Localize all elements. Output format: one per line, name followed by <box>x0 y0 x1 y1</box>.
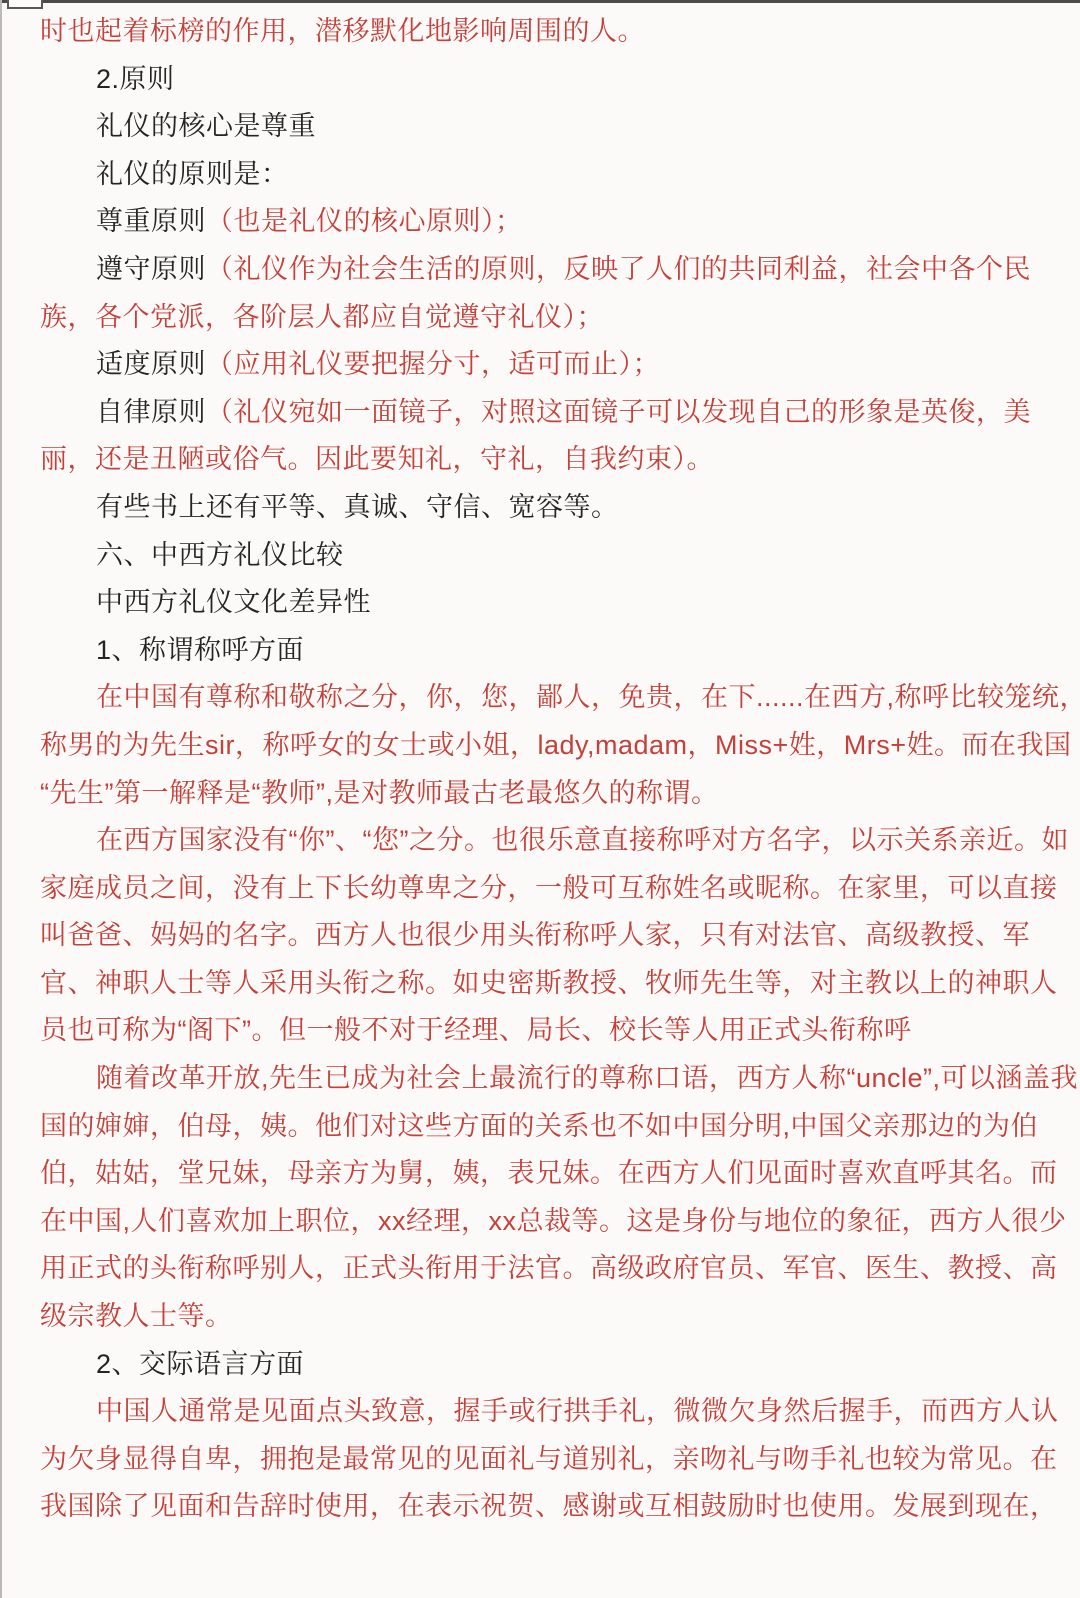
text-segment-red: 员也可称为“阁下”。但一般不对于经理、局长、校长等人用正式头衔称呼 <box>40 1015 911 1045</box>
text-segment-black: 2、交际语言方面 <box>96 1349 304 1379</box>
text-line: “先生”第一解释是“教师”,是对教师最古老最悠久的称谓。 <box>40 770 1050 818</box>
document-page: 时也起着标榜的作用，潜移默化地影响周围的人。2.原则礼仪的核心是尊重礼仪的原则是… <box>0 0 1080 1598</box>
text-segment-black: 礼仪的原则是： <box>96 159 289 189</box>
text-line: 1、称谓称呼方面 <box>40 627 1050 675</box>
text-segment-red: （也是礼仪的核心原则）； <box>206 206 523 236</box>
text-segment-red: 我国除了见面和告辞时使用，在表示祝贺、感谢或互相鼓励时也使用。发展到现在， <box>40 1491 1058 1521</box>
text-segment-red: 丽，还是丑陋或俗气。因此要知礼，守礼，自我约束）。 <box>40 444 714 474</box>
text-line: 中西方礼仪文化差异性 <box>40 579 1050 627</box>
text-line: 级宗教人士等。 <box>40 1293 1050 1341</box>
text-line: 2.原则 <box>40 56 1050 104</box>
text-line: 在中国,人们喜欢加上职位，xx经理，xx总裁等。这是身份与地位的象征，西方人很少 <box>40 1198 1050 1246</box>
text-line: 丽，还是丑陋或俗气。因此要知礼，守礼，自我约束）。 <box>40 436 1050 484</box>
text-segment-black: 尊重原则 <box>96 206 206 236</box>
text-segment-red: 时也起着标榜的作用，潜移默化地影响周围的人。 <box>40 16 645 46</box>
text-segment-black: 2.原则 <box>96 64 175 94</box>
text-segment-red: （礼仪作为社会生活的原则，反映了人们的共同利益，社会中各个民 <box>206 254 1031 284</box>
document-text: 时也起着标榜的作用，潜移默化地影响周围的人。2.原则礼仪的核心是尊重礼仪的原则是… <box>40 8 1050 1531</box>
text-line: 礼仪的原则是： <box>40 151 1050 199</box>
cropped-content-edge <box>0 0 1080 3</box>
text-segment-black: 中西方礼仪文化差异性 <box>96 587 371 617</box>
text-segment-black: 遵守原则 <box>96 254 206 284</box>
text-line: 为欠身显得自卑，拥抱是最常见的见面礼与道别礼，亲吻礼与吻手礼也较为常见。在 <box>40 1436 1050 1484</box>
text-segment-red: 随着改革开放,先生已成为社会上最流行的尊称口语，西方人称“uncle”,可以涵盖… <box>96 1063 1078 1093</box>
text-line: 随着改革开放,先生已成为社会上最流行的尊称口语，西方人称“uncle”,可以涵盖… <box>40 1055 1050 1103</box>
text-segment-red: 用正式的头衔称呼别人，正式头衔用于法官。高级政府官员、军官、医生、教授、高 <box>40 1253 1058 1283</box>
text-line: 在西方国家没有“你”、“您”之分。也很乐意直接称呼对方名字，以示关系亲近。如 <box>40 817 1050 865</box>
text-line: 用正式的头衔称呼别人，正式头衔用于法官。高级政府官员、军官、医生、教授、高 <box>40 1245 1050 1293</box>
text-line: 六、中西方礼仪比较 <box>40 532 1050 580</box>
text-segment-red: 为欠身显得自卑，拥抱是最常见的见面礼与道别礼，亲吻礼与吻手礼也较为常见。在 <box>40 1444 1058 1474</box>
text-segment-red: 在中国有尊称和敬称之分，你，您，鄙人，免贵，在下......在西方,称呼比较笼统… <box>96 682 1080 712</box>
text-line: 家庭成员之间，没有上下长幼尊卑之分，一般可互称姓名或昵称。在家里，可以直接 <box>40 865 1050 913</box>
text-segment-red: 叫爸爸、妈妈的名字。西方人也很少用头衔称呼人家，只有对法官、高级教授、军 <box>40 920 1030 950</box>
page-left-border <box>0 0 2 1598</box>
text-segment-black: 1、称谓称呼方面 <box>96 635 304 665</box>
text-segment-black: 自律原则 <box>96 397 206 427</box>
text-segment-red: 在中国,人们喜欢加上职位，xx经理，xx总裁等。这是身份与地位的象征，西方人很少 <box>40 1206 1067 1236</box>
text-segment-red: 伯，姑姑，堂兄妹，母亲方为舅，姨，表兄妹。在西方人们见面时喜欢直呼其名。而 <box>40 1158 1058 1188</box>
text-segment-black: 六、中西方礼仪比较 <box>96 540 344 570</box>
text-segment-red: 在西方国家没有“你”、“您”之分。也很乐意直接称呼对方名字，以示关系亲近。如 <box>96 825 1069 855</box>
text-line: 2、交际语言方面 <box>40 1341 1050 1389</box>
text-line: 在中国有尊称和敬称之分，你，您，鄙人，免贵，在下......在西方,称呼比较笼统… <box>40 674 1050 722</box>
text-line: 遵守原则（礼仪作为社会生活的原则，反映了人们的共同利益，社会中各个民 <box>40 246 1050 294</box>
text-line: 中国人通常是见面点头致意，握手或行拱手礼，微微欠身然后握手，而西方人认 <box>40 1388 1050 1436</box>
text-segment-red: “先生”第一解释是“教师”,是对教师最古老最悠久的称谓。 <box>40 778 718 808</box>
text-segment-red: （应用礼仪要把握分寸，适可而止）； <box>206 349 660 379</box>
text-line: 时也起着标榜的作用，潜移默化地影响周围的人。 <box>40 8 1050 56</box>
text-segment-red: 中国人通常是见面点头致意，握手或行拱手礼，微微欠身然后握手，而西方人认 <box>96 1396 1059 1426</box>
text-line: 自律原则（礼仪宛如一面镜子，对照这面镜子可以发现自己的形象是英俊，美 <box>40 389 1050 437</box>
text-line: 礼仪的核心是尊重 <box>40 103 1050 151</box>
text-line: 叫爸爸、妈妈的名字。西方人也很少用头衔称呼人家，只有对法官、高级教授、军 <box>40 912 1050 960</box>
text-segment-black: 有些书上还有平等、真诚、守信、宽容等。 <box>96 492 619 522</box>
text-segment-red: 国的婶婶，伯母，姨。他们对这些方面的关系也不如中国分明,中国父亲那边的为伯 <box>40 1111 1038 1141</box>
text-line: 尊重原则（也是礼仪的核心原则）； <box>40 198 1050 246</box>
text-line: 官、神职人士等人采用头衔之称。如史密斯教授、牧师先生等，对主教以上的神职人 <box>40 960 1050 1008</box>
text-segment-red: 级宗教人士等。 <box>40 1301 233 1331</box>
text-segment-red: 族，各个党派，各阶层人都应自觉遵守礼仪）； <box>40 302 604 332</box>
text-line: 我国除了见面和告辞时使用，在表示祝贺、感谢或互相鼓励时也使用。发展到现在， <box>40 1483 1050 1531</box>
text-line: 员也可称为“阁下”。但一般不对于经理、局长、校长等人用正式头衔称呼 <box>40 1007 1050 1055</box>
cropped-element-fragment <box>7 0 43 9</box>
text-segment-red: 家庭成员之间，没有上下长幼尊卑之分，一般可互称姓名或昵称。在家里，可以直接 <box>40 873 1058 903</box>
text-segment-red: 称男的为先生sir，称呼女的女士或小姐，lady,madam，Miss+姓，Mr… <box>40 730 1072 760</box>
text-segment-black: 适度原则 <box>96 349 206 379</box>
text-segment-black: 礼仪的核心是尊重 <box>96 111 316 141</box>
text-line: 伯，姑姑，堂兄妹，母亲方为舅，姨，表兄妹。在西方人们见面时喜欢直呼其名。而 <box>40 1150 1050 1198</box>
text-segment-red: （礼仪宛如一面镜子，对照这面镜子可以发现自己的形象是英俊，美 <box>206 397 1031 427</box>
text-line: 有些书上还有平等、真诚、守信、宽容等。 <box>40 484 1050 532</box>
text-line: 适度原则（应用礼仪要把握分寸，适可而止）； <box>40 341 1050 389</box>
text-segment-red: 官、神职人士等人采用头衔之称。如史密斯教授、牧师先生等，对主教以上的神职人 <box>40 968 1058 998</box>
text-line: 国的婶婶，伯母，姨。他们对这些方面的关系也不如中国分明,中国父亲那边的为伯 <box>40 1103 1050 1151</box>
text-line: 称男的为先生sir，称呼女的女士或小姐，lady,madam，Miss+姓，Mr… <box>40 722 1050 770</box>
text-line: 族，各个党派，各阶层人都应自觉遵守礼仪）； <box>40 294 1050 342</box>
